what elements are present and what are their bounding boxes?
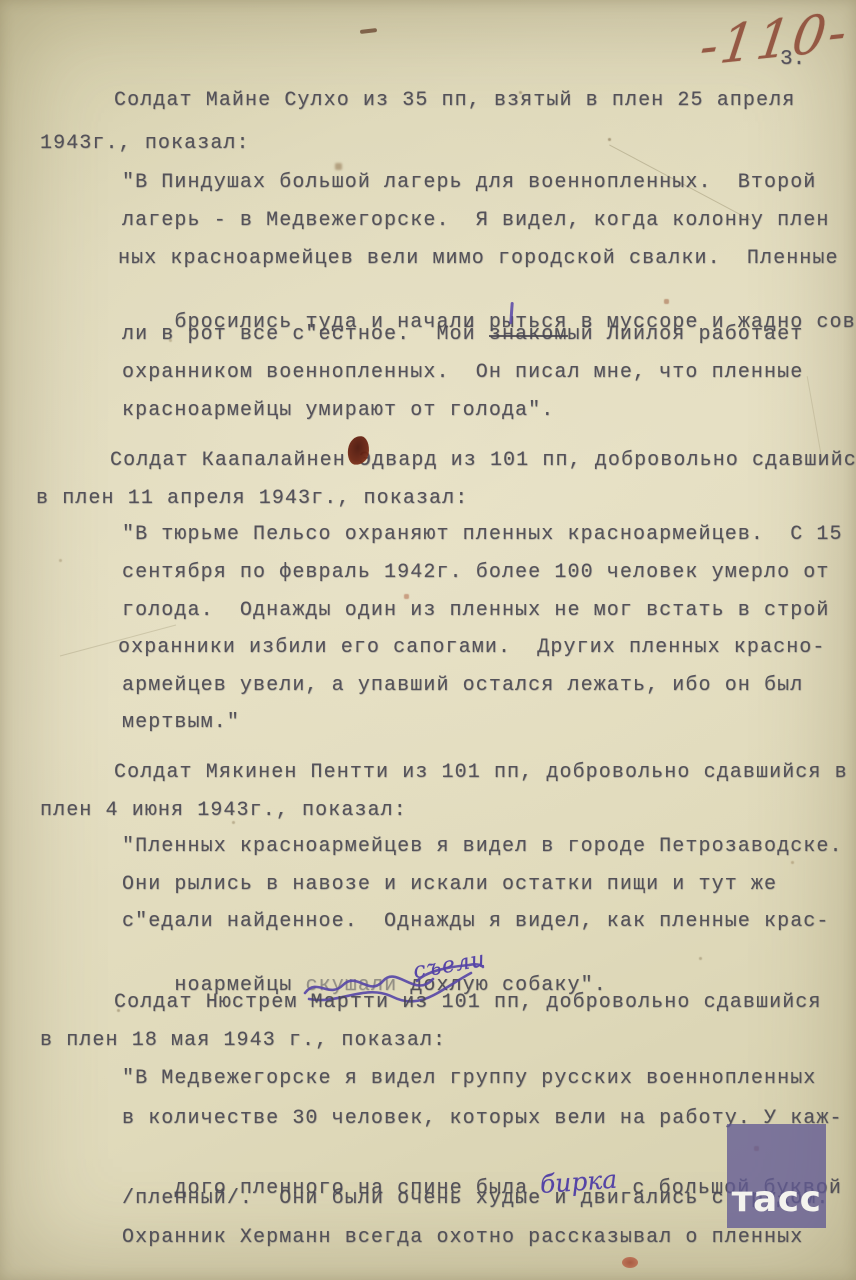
typed-line: голода. Однажды один из пленных не мог в… bbox=[122, 598, 830, 624]
typed-line: Солдат Каапалайнен Эдвард из 101 пп, доб… bbox=[110, 448, 856, 474]
typed-line: с"едали найденное. Однажды я видел, как … bbox=[122, 909, 830, 935]
typed-line: "Пленных красноармейцев я видел в городе… bbox=[122, 834, 843, 860]
typed-line: Охранник Херманн всегда охотно рассказыв… bbox=[122, 1225, 803, 1251]
typed-line: "В тюрьме Пельсо охраняют пленных красно… bbox=[122, 522, 843, 548]
typed-line: лагерь - в Медвежегорске. Я видел, когда… bbox=[122, 208, 830, 234]
typed-line: армейцев увели, а упавший остался лежать… bbox=[122, 673, 803, 699]
typed-line: "В Медвежегорске я видел группу русских … bbox=[122, 1066, 816, 1092]
typed-line: сентября по февраль 1942г. более 100 чел… bbox=[122, 560, 830, 586]
typed-line: Солдат Мякинен Пентти из 101 пп, доброво… bbox=[114, 760, 848, 786]
typed-line: /пленный/. Они были очень худые и двигал… bbox=[122, 1186, 830, 1212]
typed-page-number: 3. bbox=[780, 48, 805, 71]
typed-line: Солдат Майне Сулхо из 35 пп, взятый в пл… bbox=[114, 88, 795, 114]
handwritten-page-number: -110- bbox=[696, 2, 853, 79]
pencil-dash-mark bbox=[360, 28, 377, 34]
typed-line: 1943г., показал: bbox=[40, 131, 250, 157]
typed-line: охранники избили его сапогами. Других пл… bbox=[118, 635, 826, 661]
typed-line: красноармейцы умирают от голода". bbox=[122, 398, 554, 424]
typed-line: Они рылись в навозе и искали остатки пищ… bbox=[122, 872, 777, 898]
typed-line: мертвым." bbox=[122, 710, 240, 736]
typed-line: охранником военнопленных. Он писал мне, … bbox=[122, 360, 803, 386]
typed-line: Солдат Нюстрем Мартти из 101 пп, доброво… bbox=[114, 990, 822, 1016]
typed-line: в плен 18 мая 1943 г., показал: bbox=[40, 1028, 446, 1054]
typed-line: плен 4 июня 1943г., показал: bbox=[40, 798, 407, 824]
typed-line: в плен 11 апреля 1943г., показал: bbox=[36, 486, 468, 512]
tass-logo-text: тасс bbox=[727, 1182, 826, 1218]
paper-specks bbox=[0, 0, 1, 1]
red-stain bbox=[622, 1257, 638, 1268]
typed-line: ли в рот все с"естное. Мой знакомый Лийл… bbox=[122, 322, 803, 348]
typed-line: ных красноармейцев вели мимо городской с… bbox=[118, 246, 839, 272]
scanned-document-page: -110- 3. Солдат Майне Сулхо из 35 пп, вз… bbox=[0, 0, 856, 1280]
tass-watermark: тасс bbox=[727, 1124, 826, 1228]
typed-line: "В Пиндушах большой лагерь для военнопле… bbox=[122, 170, 816, 196]
